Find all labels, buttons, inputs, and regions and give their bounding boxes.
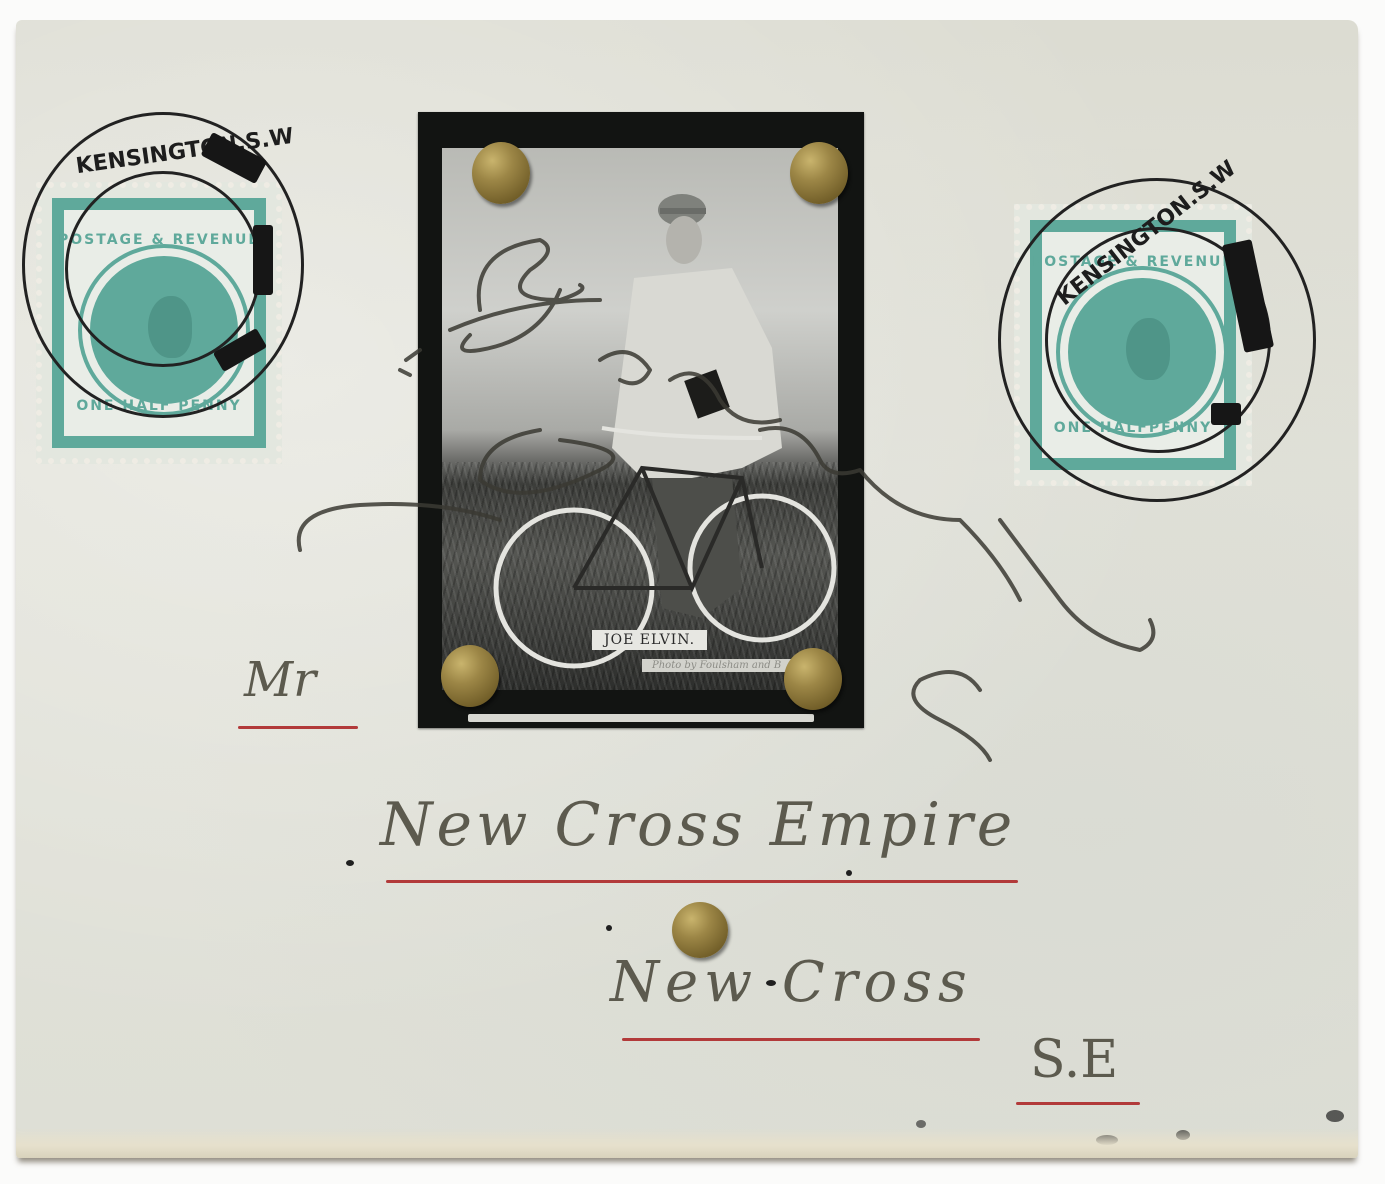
- address-line-3: S.E: [1030, 1030, 1118, 1090]
- underline-line-1: [386, 880, 1018, 883]
- ink-fleck: [346, 860, 354, 866]
- photo-caption: JOE ELVIN.: [592, 630, 707, 650]
- photo-card: JOE ELVIN. Photo by Foulsham and B: [418, 112, 864, 728]
- underline-salutation: [238, 726, 358, 729]
- cyclist-figure-icon: [442, 148, 838, 690]
- underline-line-3: [1016, 1102, 1140, 1105]
- postmark-right: KENSINGTON.S.W: [998, 178, 1316, 502]
- photo-joe-elvin-bicycle: JOE ELVIN. Photo by Foulsham and B: [442, 148, 838, 690]
- ink-stain: [1176, 1130, 1190, 1140]
- ink-stain: [1326, 1110, 1344, 1122]
- brass-rivet-icon: [790, 142, 848, 204]
- brass-rivet-icon: [472, 142, 530, 204]
- postmark-left: KENSINGTON.S.W: [22, 112, 304, 418]
- address-line-1: New Cross Empire: [380, 790, 1016, 860]
- underline-line-2: [622, 1038, 980, 1041]
- ink-fleck: [606, 925, 612, 931]
- address-salutation: Mr: [244, 652, 316, 708]
- brass-rivet-icon: [441, 645, 499, 707]
- photo-credit: Photo by Foulsham and B: [642, 659, 791, 672]
- address-line-2: New Cross: [610, 950, 973, 1015]
- ink-stain: [1096, 1135, 1118, 1145]
- brass-rivet-icon: [784, 648, 842, 710]
- ink-fleck: [846, 870, 852, 876]
- ink-stain: [916, 1120, 926, 1128]
